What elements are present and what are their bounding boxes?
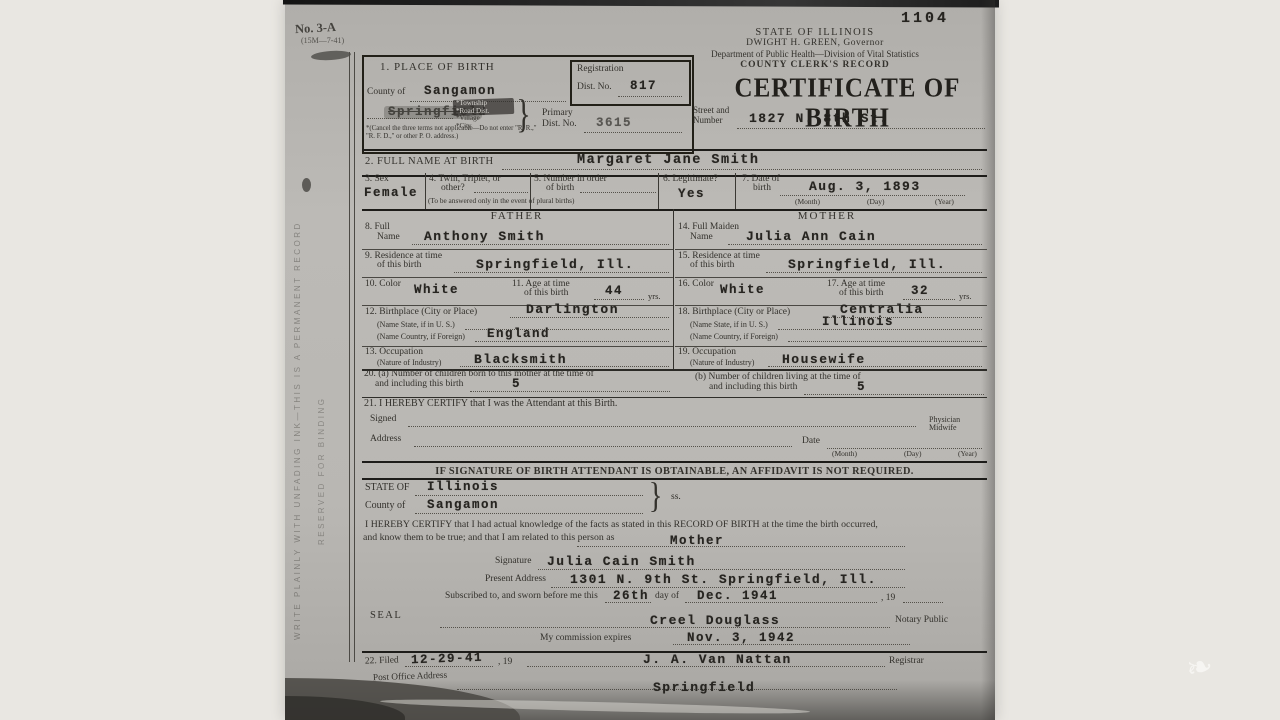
mother-state-label: (Name State, if in U. S.) — [690, 321, 768, 329]
attendant-month-label: (Month) — [832, 450, 857, 458]
binding-rule — [349, 52, 355, 662]
filed-value: 12-29-41 — [411, 651, 483, 668]
dotted-line — [768, 366, 982, 367]
attendant-date-label: Date — [802, 437, 820, 447]
dotted-line — [903, 299, 955, 300]
order-label-2: of birth — [546, 184, 574, 194]
primary-dist-label: Dist. No. — [542, 120, 577, 130]
notary-public-label: Notary Public — [895, 616, 948, 626]
father-residence-label-2: of this birth — [377, 261, 421, 271]
full-name-label: 2. FULL NAME AT BIRTH — [365, 156, 494, 167]
sworn-date-value: Dec. 1941 — [697, 589, 778, 603]
ink-smudge — [311, 50, 352, 62]
dotted-line — [594, 299, 644, 300]
affidavit-note: IF SIGNATURE OF BIRTH ATTENDANT IS OBTAI… — [435, 466, 914, 477]
mother-residence-value: Springfield, Ill. — [788, 257, 946, 272]
father-yrs-label: yrs. — [648, 292, 661, 301]
dotted-line — [580, 192, 656, 193]
commission-label: My commission expires — [540, 634, 631, 644]
dotted-line — [737, 128, 985, 129]
attendant-certify: 21. I HEREBY CERTIFY that I was the Atte… — [364, 399, 617, 410]
parents-section: FATHER MOTHER 8. Full Name Anthony Smith… — [362, 209, 987, 371]
mother-age-value: 32 — [911, 284, 929, 298]
plural-births-note: (To be answered only in the event of plu… — [428, 197, 574, 205]
county-label: County of — [367, 88, 405, 98]
place-heading: 1. PLACE OF BIRTH — [380, 62, 495, 74]
dob-month-label: (Month) — [795, 198, 820, 206]
present-address-label: Present Address — [485, 575, 546, 585]
dotted-line — [780, 195, 965, 196]
father-country-label: (Name Country, if Foreign) — [377, 333, 465, 341]
oath-state-label: STATE OF — [365, 483, 409, 494]
filed-label: 22. Filed — [365, 656, 399, 667]
dotted-line — [766, 272, 982, 273]
mother-occupation-label: 19. Occupation — [678, 348, 736, 358]
legitimate-value: Yes — [678, 187, 705, 201]
father-birthplace-label: 12. Birthplace (City or Place) — [365, 308, 477, 318]
day-of-label: day of — [655, 592, 679, 602]
registration-dist-value: 817 — [630, 79, 657, 93]
rule — [362, 305, 673, 306]
sworn-label: Subscribed to, and sworn before me this — [445, 592, 598, 602]
dotted-line — [502, 169, 982, 170]
mother-state-value: Illinois — [822, 315, 894, 329]
father-color-label: 10. Color — [365, 280, 401, 290]
dotted-line — [577, 546, 905, 547]
rule — [675, 249, 987, 250]
primary-label: Primary — [542, 109, 573, 119]
agency-governor: DWIGHT H. GREEN, Governor — [665, 39, 965, 49]
dob-year-label: (Year) — [935, 198, 954, 206]
mother-name-label-2: Name — [690, 233, 713, 243]
cancel-note: *(Cancel the three terms not applicable—… — [366, 125, 544, 141]
attendant-year-label: (Year) — [958, 450, 977, 458]
father-heading: FATHER — [422, 211, 612, 223]
dob-day-label: (Day) — [867, 198, 885, 206]
birth-details-row: 3. Sex Female 4. Twin, Triplet, or other… — [362, 173, 987, 211]
page-stamp-number: 1104 — [901, 10, 949, 27]
dotted-line — [728, 244, 982, 245]
mother-name-value: Julia Ann Cain — [746, 229, 876, 244]
present-address-value: 1301 N. 9th St. Springfield, Ill. — [570, 572, 877, 587]
ink-drop — [302, 178, 311, 192]
father-birthplace-value: Darlington — [526, 302, 619, 317]
cell-divider — [735, 173, 736, 209]
primary-dist-value: 3615 — [596, 116, 632, 130]
father-name-value: Anthony Smith — [424, 229, 545, 244]
father-age-value: 44 — [605, 284, 623, 298]
father-residence-value: Springfield, Ill. — [476, 257, 634, 272]
leaf-watermark-icon: ❧ — [1182, 646, 1216, 689]
parents-divider — [673, 209, 674, 369]
ss-label: ss. — [671, 493, 681, 503]
children-born-label-2: and including this birth — [375, 380, 463, 390]
dotted-line — [412, 244, 669, 245]
father-occupation-sub: (Nature of Industry) — [377, 359, 441, 367]
father-color-value: White — [414, 283, 459, 297]
dotted-line — [475, 341, 669, 342]
father-occupation-value: Blacksmith — [474, 352, 567, 367]
sworn-day-value: 26th — [613, 589, 649, 603]
mother-residence-label-2: of this birth — [690, 261, 734, 271]
signature-value: Julia Cain Smith — [547, 554, 696, 569]
attendant-day-label: (Day) — [904, 450, 922, 458]
relation-value: Mother — [670, 534, 724, 548]
affidavit-note-row: IF SIGNATURE OF BIRTH ATTENDANT IS OBTAI… — [362, 461, 987, 480]
registration-dist-label: Dist. No. — [577, 83, 612, 93]
dob-label-2: birth — [753, 184, 771, 194]
oath-state-value: Illinois — [427, 480, 499, 494]
twin-label-2: other? — [441, 184, 465, 194]
dotted-line — [618, 96, 682, 97]
place-of-birth-box: 1. PLACE OF BIRTH Registration Dist. No.… — [362, 55, 694, 154]
midwife-label: Midwife — [929, 424, 957, 432]
attendant-address-label: Address — [370, 435, 401, 445]
signed-label: Signed — [370, 415, 396, 425]
registrar-name-value: J. A. Van Nattan — [643, 652, 792, 667]
photo-backdrop: No. 3-A (15M—7-41) WRITE PLAINLY WITH UN… — [0, 0, 1280, 720]
dotted-line — [510, 317, 669, 318]
signature-label: Signature — [495, 557, 531, 567]
dotted-line — [903, 602, 943, 603]
children-born-value: 5 — [512, 377, 521, 391]
dotted-line — [584, 132, 682, 133]
full-name-value: Margaret Jane Smith — [577, 153, 759, 168]
margin-note-inner: RESERVED FOR BINDING — [317, 155, 326, 545]
dotted-line — [408, 426, 916, 427]
registrar-label: Registrar — [889, 657, 924, 667]
dotted-line — [551, 587, 905, 588]
form-number: No. 3-A — [295, 21, 337, 36]
rule — [362, 277, 673, 278]
dotted-line — [454, 272, 669, 273]
agency-record-type: COUNTY CLERK'S RECORD — [665, 61, 965, 71]
dotted-line — [788, 341, 982, 342]
cell-divider — [658, 173, 659, 209]
mother-color-label: 16. Color — [678, 280, 714, 290]
dotted-line — [414, 446, 792, 447]
oath-certify-line-1: I HEREBY CERTIFY that I had actual knowl… — [365, 520, 878, 530]
rule — [362, 249, 673, 250]
dotted-line — [474, 192, 528, 193]
oath-county-label: County of — [365, 501, 405, 512]
mother-age-label-2: of this birth — [839, 289, 883, 299]
mother-occupation-sub: (Nature of Industry) — [690, 359, 754, 367]
dotted-line — [415, 513, 643, 514]
oath-county-value: Sangamon — [427, 498, 499, 512]
dotted-line — [538, 569, 905, 570]
dotted-line — [778, 329, 982, 330]
registration-box: Registration Dist. No. 817 — [570, 60, 691, 106]
mother-color-value: White — [720, 283, 765, 297]
form-print-code: (15M—7-41) — [301, 37, 344, 45]
mother-yrs-label: yrs. — [959, 292, 972, 301]
certificate-scan: No. 3-A (15M—7-41) WRITE PLAINLY WITH UN… — [285, 0, 995, 720]
street-value: 1827 N. 8th St. — [749, 111, 889, 126]
father-age-label-2: of this birth — [524, 289, 568, 299]
margin-note-outer: WRITE PLAINLY WITH UNFADING INK—THIS IS … — [293, 140, 302, 640]
street-label-2: Number — [693, 116, 723, 125]
dotted-line — [415, 495, 643, 496]
sex-value: Female — [364, 186, 418, 200]
children-living-label-2: and including this birth — [709, 383, 797, 393]
county-value: Sangamon — [424, 84, 496, 98]
rule — [675, 305, 987, 306]
dotted-line — [470, 391, 670, 392]
father-state-label: (Name State, if in U. S.) — [377, 321, 455, 329]
mother-occupation-value: Housewife — [782, 352, 866, 367]
children-count-row: 20. (a) Number of children born to this … — [362, 369, 987, 398]
attendant-section: 21. I HEREBY CERTIFY that I was the Atte… — [362, 397, 987, 463]
father-occupation-label: 13. Occupation — [365, 348, 423, 358]
seal-label: SEAL — [370, 610, 402, 621]
father-country-value: England — [487, 327, 550, 341]
children-living-value: 5 — [857, 380, 866, 394]
sex-label: 3. Sex — [365, 175, 389, 185]
comma-19-label: , 19 — [881, 594, 895, 604]
father-name-label-2: Name — [377, 233, 400, 243]
scan-top-edge — [283, 0, 999, 8]
dotted-line — [804, 394, 984, 395]
mother-country-label: (Name Country, if Foreign) — [690, 333, 778, 341]
notary-name-value: Creel Douglass — [650, 613, 780, 628]
mother-birthplace-label: 18. Birthplace (City or Place) — [678, 308, 790, 318]
legitimate-label: 6. Legitimate? — [663, 175, 718, 185]
rule — [675, 277, 987, 278]
filed-comma-19: , 19 — [498, 658, 512, 668]
agency-state: STATE OF ILLINOIS — [665, 27, 965, 38]
commission-date-value: Nov. 3, 1942 — [687, 631, 795, 645]
dob-value: Aug. 3, 1893 — [809, 179, 921, 194]
ss-brace: } — [649, 477, 663, 515]
oath-certify-line-2: and know them to be true; and that I am … — [363, 533, 614, 543]
registration-label: Registration — [577, 65, 623, 75]
dotted-line — [460, 366, 669, 367]
mother-heading: MOTHER — [732, 211, 922, 223]
cell-divider — [425, 173, 426, 209]
